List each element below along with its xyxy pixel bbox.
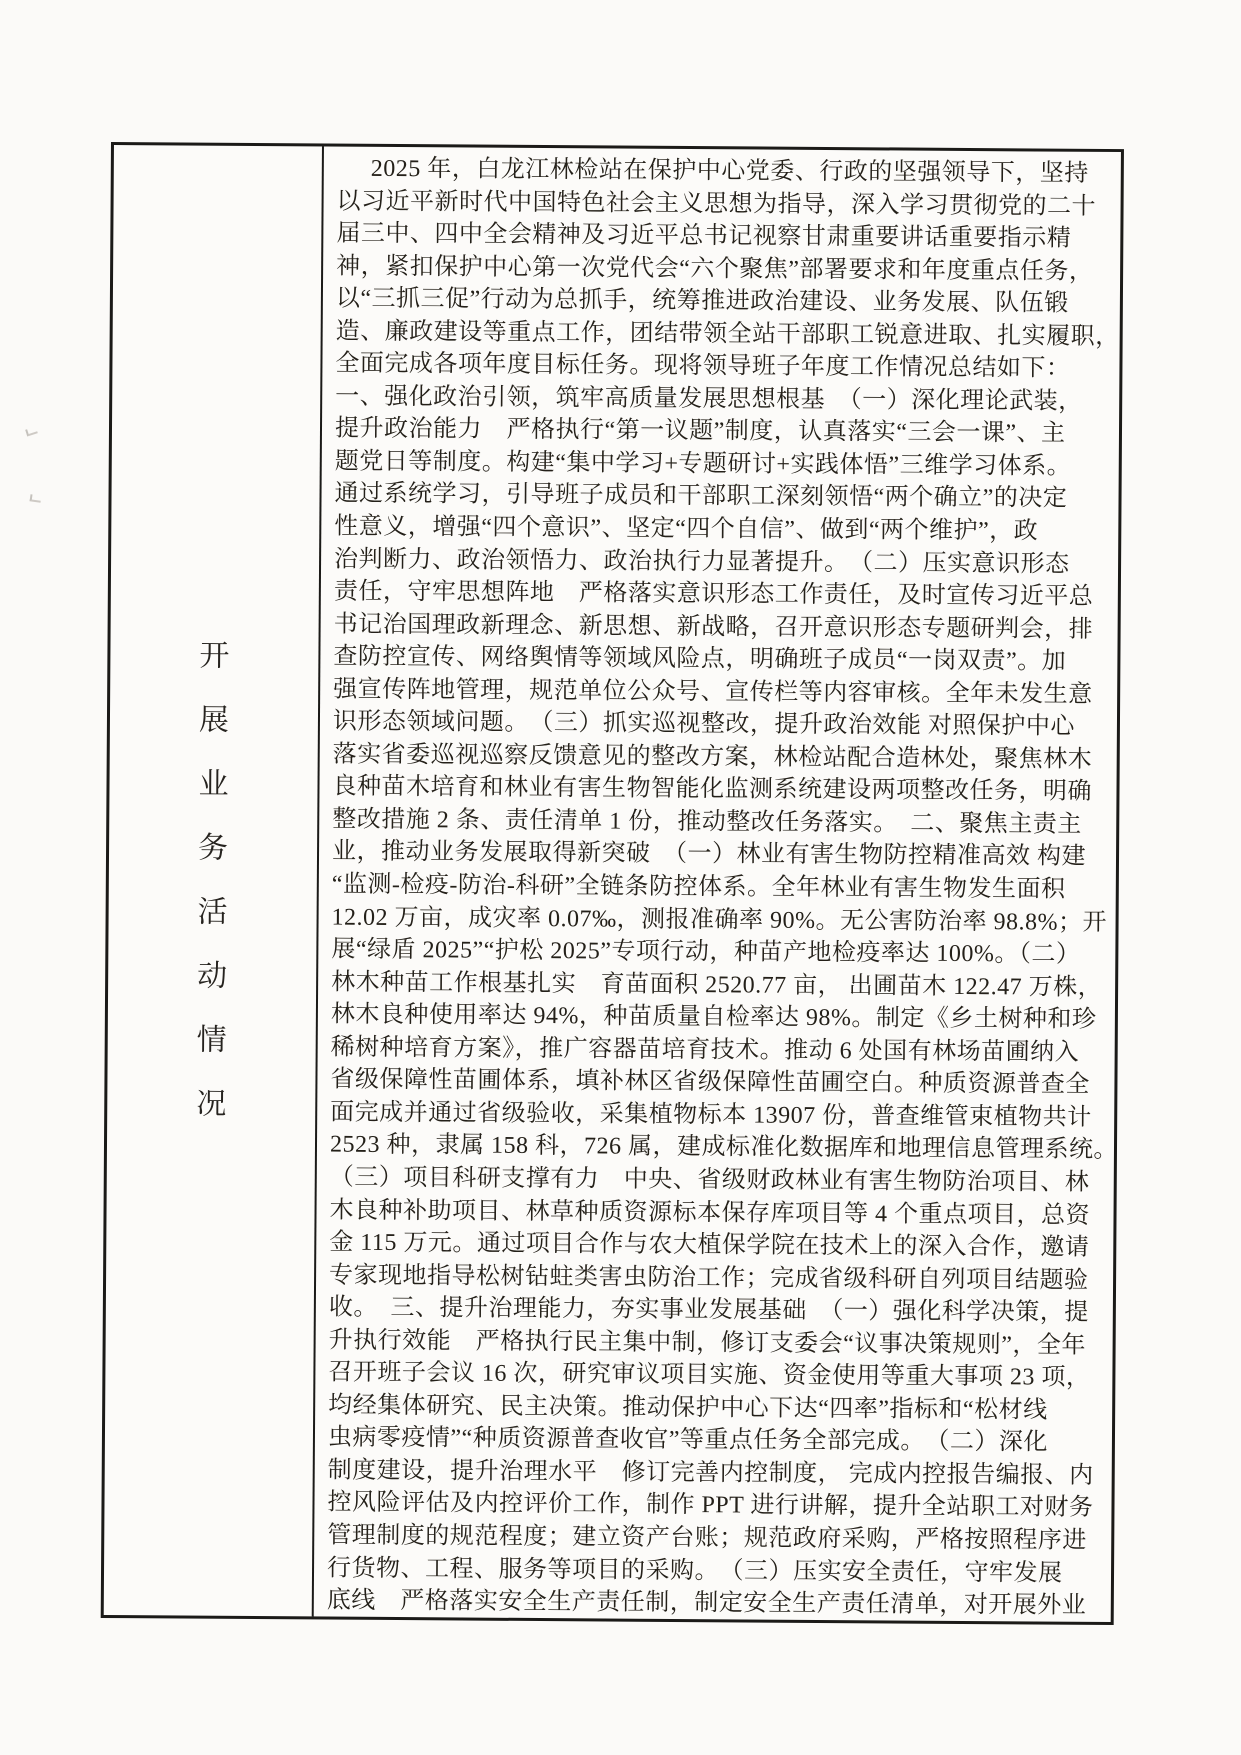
report-content-cell: 2025 年，白龙江林检站在保护中心党委、行政的坚强领导下，坚持以习近平新时代中… xyxy=(314,146,1121,1622)
text-line: 控风险评估及内控评价工作，制作 PPT 进行讲解，提升全站职工对财务 xyxy=(327,1487,1101,1525)
text-line: 木良种补助项目、林草种质资源标本保存库项目等 4 个重点项目，总资 xyxy=(329,1194,1103,1232)
text-line: 提升政治能力 严格执行“第一议题”制度，认真落实“三会一课”、主 xyxy=(335,413,1109,451)
text-line: 落实省委巡视巡察反馈意见的整改方案，林检站配合造林处，聚焦林木 xyxy=(333,738,1107,776)
text-line: 制度建设，提升治理水平 修订完善内控制度， 完成内控报告编报、内 xyxy=(328,1454,1102,1492)
row-header-char: 活 xyxy=(198,898,228,928)
row-header-char: 业 xyxy=(198,770,228,800)
row-header-char: 情 xyxy=(197,1026,227,1056)
text-line: 面完成并通过省级验收，采集植物标本 13907 份，普查维管束植物共计 xyxy=(330,1096,1104,1134)
report-text: 2025 年，白龙江林检站在保护中心党委、行政的坚强领导下，坚持以习近平新时代中… xyxy=(327,153,1111,1622)
text-line: 行货物、工程、服务等项目的采购。 （三）压实安全责任，守牢发展 xyxy=(327,1552,1101,1590)
text-line: 林木种苗工作根基扎实 育苗面积 2520.77 亩， 出圃苗木 122.47 万… xyxy=(331,966,1105,1004)
text-line: 一、强化政治引领，筑牢高质量发展思想根基 （一）深化理论武装， xyxy=(335,380,1109,418)
text-line: 性意义，增强“四个意识”、坚定“四个自信”、做到“两个维护”，政 xyxy=(334,511,1108,549)
row-header-char: 动 xyxy=(197,962,227,992)
row-header-cell: 开展业务活动情况 xyxy=(104,145,324,1616)
scan-artifact xyxy=(30,494,42,502)
row-header-char: 开 xyxy=(199,642,229,672)
text-line: 识形态领域问题。 （三）抓实巡视整改，提升政治效能 对照保护中心 xyxy=(333,706,1107,744)
row-header-label: 开展业务活动情况 xyxy=(196,642,229,1120)
scan-artifact xyxy=(25,426,38,436)
text-line: 收。 三、提升治理能力，夯实事业发展基础 （一）强化科学决策，提 xyxy=(329,1292,1103,1330)
text-line: 升执行效能 严格执行民主集中制，修订支委会“议事决策规则”，全年 xyxy=(329,1324,1103,1362)
text-line: 稀树种培育方案》，推广容器苗培育技术。推动 6 处国有林场苗圃纳入 xyxy=(331,1031,1105,1069)
text-line: 虫病零疫情”“种质资源普查收官”等重点任务全部完成。 （二）深化 xyxy=(328,1422,1102,1460)
text-line: 业，推动业务发展取得新突破 （一）林业有害生物防控精准高效 构建 xyxy=(332,836,1106,874)
text-line: 林木良种使用率达 94%，种苗质量自检率达 98%。制定《乡土树种和珍 xyxy=(331,999,1105,1037)
text-line: 书记治国理政新理念、新思想、新战略，召开意识形态专题研判会，排 xyxy=(334,608,1108,646)
text-line: 管理制度的规范程度；建立资产台账；规范政府采购，严格按照程序进 xyxy=(327,1520,1101,1558)
text-line: 治判断力、政治领悟力、政治执行力显著提升。 （二）压实意识形态 xyxy=(334,543,1108,581)
text-line: 责任，守牢思想阵地 严格落实意识形态工作责任，及时宣传习近平总 xyxy=(334,576,1108,614)
text-line: 良种苗木培育和林业有害生物智能化监测系统建设两项整改任务，明确 xyxy=(332,771,1106,809)
text-line: 届三中、四中全会精神及习近平总书记视察甘肃重要讲话重要指示精 xyxy=(336,218,1110,256)
row-header-char: 况 xyxy=(196,1090,226,1120)
text-line: 均经集体研究、民主决策。推动保护中心下达“四率”指标和“松材线 xyxy=(328,1389,1102,1427)
text-line: 通过系统学习，引导班子成员和干部职工深刻领悟“两个确立”的决定 xyxy=(334,478,1108,516)
text-line: 召开班子会议 16 次，研究审议项目实施、资金使用等重大事项 23 项， xyxy=(328,1357,1102,1395)
text-line: 全面完成各项年度目标任务。现将领导班子年度工作情况总结如下： xyxy=(335,348,1109,386)
text-line: 2523 种，隶属 158 科，726 属，建成标准化数据库和地理信息管理系统。 xyxy=(330,1129,1104,1167)
text-line: 金 115 万元。通过项目合作与农大植保学院在技术上的深入合作，邀请 xyxy=(329,1227,1103,1265)
document-page: 开展业务活动情况 2025 年，白龙江林检站在保护中心党委、行政的坚强领导下，坚… xyxy=(0,0,1241,1755)
text-line: 强宣传阵地管理，规范单位公众号、宣传栏等内容审核。全年未发生意 xyxy=(333,673,1107,711)
text-line: 省级保障性苗圃体系，填补林区省级保障性苗圃空白。种质资源普查全 xyxy=(330,1064,1104,1102)
text-line: 2025 年，白龙江林检站在保护中心党委、行政的坚强领导下，坚持 xyxy=(337,153,1111,191)
text-line: 以习近平新时代中国特色社会主义思想为指导，深入学习贯彻党的二十 xyxy=(336,185,1110,223)
row-header-char: 展 xyxy=(199,706,229,736)
text-line: 以“三抓三促”行动为总抓手，统筹推进政治建设、业务发展、队伍锻 xyxy=(336,283,1110,321)
text-line: 查防控宣传、网络舆情等领域风险点，明确班子成员“一岗双责”。加 xyxy=(333,641,1107,679)
text-line: （三）项目科研支撑有力 中央、省级财政林业有害生物防治项目、林 xyxy=(330,1162,1104,1200)
text-line: 题党日等制度。构建“集中学习+专题研讨+实践体悟”三维学习体系。 xyxy=(335,445,1109,483)
text-line: 展“绿盾 2025”“护松 2025”专项行动，种苗产地检疫率达 100%。（二… xyxy=(331,934,1105,972)
text-line: 专家现地指导松树钻蛀类害虫防治工作；完成省级科研自列项目结题验 xyxy=(329,1259,1103,1297)
text-line: 12.02 万亩，成灾率 0.07‰，测报准确率 90%。无公害防治率 98.8… xyxy=(331,901,1105,939)
text-line: 整改措施 2 条、责任清单 1 份，推动整改任务落实。 二、聚焦主责主 xyxy=(332,803,1106,841)
report-table: 开展业务活动情况 2025 年，白龙江林检站在保护中心党委、行政的坚强领导下，坚… xyxy=(101,142,1124,1625)
text-line: 神，紧扣保护中心第一次党代会“六个聚焦”部署要求和年度重点任务， xyxy=(336,250,1110,288)
row-header-char: 务 xyxy=(198,834,228,864)
text-line: “监测-检疫-防治-科研”全链条防控体系。全年林业有害生物发生面积 xyxy=(332,869,1106,907)
text-line: 底线 严格落实安全生产责任制，制定安全生产责任清单，对开展外业 xyxy=(327,1585,1101,1622)
text-line: 造、廉政建设等重点工作，团结带领全站干部职工锐意进取、扎实履职， xyxy=(336,315,1110,353)
